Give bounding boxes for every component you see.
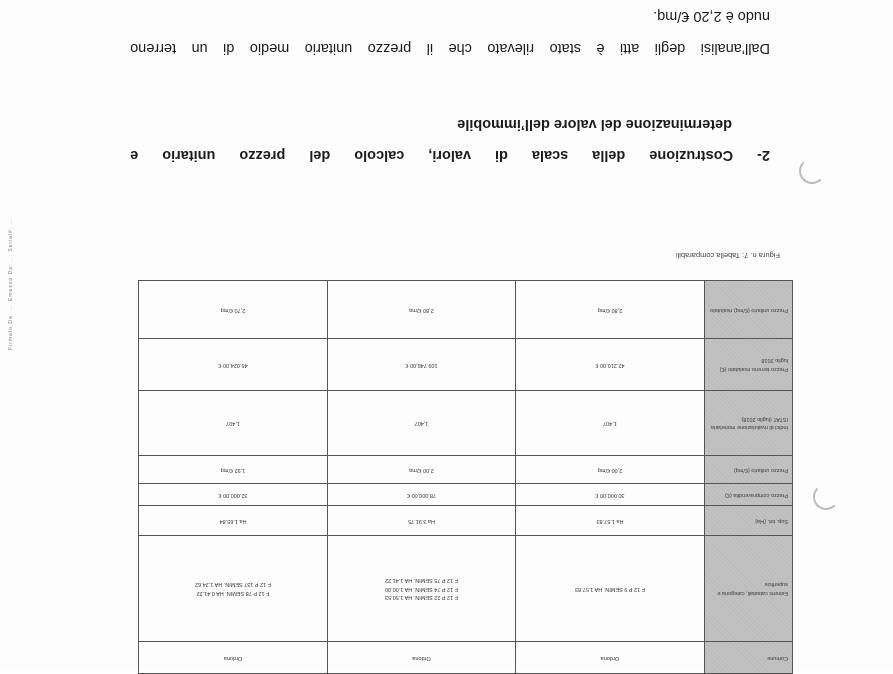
cell-line: 2,00 €/mq [332, 465, 511, 473]
table-row: Estremi catastali, categoria e superfici… [139, 536, 793, 642]
table-cell: Ordona [516, 642, 705, 671]
cell-line: 45.024,00 € [143, 360, 323, 368]
paragraph-word: degli [655, 32, 686, 64]
heading-word: del [309, 139, 330, 170]
table-row: ComuneOrdonaOrdonaOrdona [139, 642, 793, 671]
table-cell: 42.210,00 € [516, 339, 705, 391]
table-cell: 2,00 €/mq [328, 456, 516, 484]
digital-signature-stamp: Firmato Da: ... Emesso Da: ... Serial#: … [8, 0, 22, 350]
cell-line: 32.000,00 € [143, 490, 323, 498]
cell-line: F 12 P 22 SEMIN. HA 1.50.53 [332, 593, 511, 601]
table-row: Prezzo compravendita (€)30.000,00 €78.00… [139, 484, 793, 506]
scanned-document-page: Firmato Da: ... Emesso Da: ... Serial#: … [0, 0, 893, 670]
paragraph-word: prezzo [368, 32, 412, 64]
heading-word: valori, [428, 139, 471, 170]
table-cell: F 12 P 22 SEMIN. HA 1.50.53F 12 P 74 SEM… [328, 536, 516, 642]
table-cell: 1,407 [516, 391, 705, 456]
heading-word: e [130, 139, 138, 170]
paragraph-word: è [596, 32, 604, 64]
table-cell: 1,407 [139, 391, 328, 456]
cell-line: 109.746,00 € [332, 360, 511, 368]
cell-line: 1,407 [332, 419, 511, 427]
paragraph-word: terreno [130, 32, 176, 64]
table-cell: 2,80 €/mq [328, 281, 516, 339]
cell-line: Ha 1.65.84 [143, 516, 323, 524]
cell-line: F 12 P 9 SEMIN. HA 1.57.83 [520, 584, 700, 592]
cell-line: F 12 P 74 SEMIN. HA 1.00.00 [332, 584, 511, 592]
row-header: Comune [705, 642, 793, 671]
section-heading: 2-Costruzionedellascaladivalori,calcolod… [130, 108, 770, 170]
table-cell: 45.024,00 € [139, 339, 328, 391]
heading-word: 2- [757, 139, 770, 170]
row-header: Sup. tot. (Ha) [705, 506, 793, 536]
table-cell: 32.000,00 € [139, 484, 328, 506]
cell-line: 2,00 €/mq [520, 465, 700, 473]
row-header: Indici di rivalutazione monetaria ISTAT … [705, 391, 793, 456]
cell-line: 42.210,00 € [520, 360, 700, 368]
table-row: Sup. tot. (Ha)Ha 1.57.83Ha 3.91.75Ha 1.6… [139, 506, 793, 536]
table-cell: 30.000,00 € [516, 484, 705, 506]
section-heading-line-2: determinazione del valore dell’immobile [130, 108, 770, 139]
paragraph-word: che [449, 32, 472, 64]
cell-line: F 12 P 137 SEMIN. HA 1.24.62 [143, 580, 323, 588]
row-header: Prezzo terreno rivalutato (€) luglio 201… [705, 339, 793, 391]
heading-word: di [495, 139, 508, 170]
cell-line: Ordona [143, 653, 323, 661]
cell-line: 2,70 €/mq [143, 305, 323, 313]
figure-caption: Figura n. 7: Tabella comparabili [676, 251, 780, 260]
table-row: Indici di rivalutazione monetaria ISTAT … [139, 391, 793, 456]
cell-line: 30.000,00 € [520, 490, 700, 498]
paragraph-word: unitario [305, 32, 353, 64]
paragraph-word: stato [550, 32, 581, 64]
valuation-paragraph: Dall’analisidegliattièstatorilevatocheil… [130, 0, 770, 64]
table-cell: 2,00 €/mq [516, 456, 705, 484]
heading-word: Costruzione [649, 139, 733, 170]
cell-line: F 12 P 78 SEMIN. HA 0.41.22 [143, 589, 323, 597]
paragraph-word: atti [620, 32, 639, 64]
paragraph-word: Dall’analisi [701, 32, 770, 64]
table-cell: F 12 P 78 SEMIN. HA 0.41.22F 12 P 137 SE… [139, 536, 328, 642]
section-heading-line-1: 2-Costruzionedellascaladivalori,calcolod… [130, 139, 770, 170]
paragraph-word: il [427, 32, 433, 64]
cell-line: Ha 3.91.75 [332, 516, 511, 524]
cell-line: 2,80 €/mq [332, 305, 511, 313]
heading-word: unitario [162, 139, 215, 170]
cell-line: 1,92 €/mq [143, 465, 323, 473]
table-cell: Ordona [139, 642, 328, 671]
table-row: Prezzo terreno rivalutato (€) luglio 201… [139, 339, 793, 391]
heading-word: della [592, 139, 625, 170]
paragraph-line-2: nudo è 2,20 €/mq. [130, 0, 770, 32]
paragraph-word: medio [250, 32, 290, 64]
table-cell: 1,92 €/mq [139, 456, 328, 484]
row-header: Estremi catastali, categoria e superfici… [705, 536, 793, 642]
scan-artifact-mark [799, 158, 825, 184]
table-row: Prezzo unitario (€/mq) rivalutato2,80 €/… [139, 281, 793, 339]
paragraph-word: di [223, 32, 234, 64]
table-cell: 1,407 [328, 391, 516, 456]
table-cell: Ha 3.91.75 [328, 506, 516, 536]
comparables-table: ComuneOrdonaOrdonaOrdonaEstremi catastal… [138, 280, 793, 670]
row-header: Prezzo compravendita (€) [705, 484, 793, 506]
cell-line: Ha 1.57.83 [520, 516, 700, 524]
cell-line: 1,407 [143, 419, 323, 427]
paragraph-word: un [192, 32, 208, 64]
table-cell: Ha 1.65.84 [139, 506, 328, 536]
table-row: Prezzo unitario (€/mq)2,00 €/mq2,00 €/mq… [139, 456, 793, 484]
cell-line: F 12 P 75 SEMIN. HA 1.41.22 [332, 576, 511, 584]
cell-line: 2,80 €/mq [520, 305, 700, 313]
scan-artifact-mark [813, 484, 839, 510]
table-cell: 2,80 €/mq [516, 281, 705, 339]
cell-line: Ordona [332, 653, 511, 661]
cell-line: 1,407 [520, 419, 700, 427]
row-header: Prezzo unitario (€/mq) [705, 456, 793, 484]
cell-line: 78.000,00 € [332, 490, 511, 498]
heading-word: prezzo [239, 139, 285, 170]
table-cell: Ordona [328, 642, 516, 671]
table-cell: 109.746,00 € [328, 339, 516, 391]
paragraph-word: rilevato [487, 32, 534, 64]
table-cell: Ha 1.57.83 [516, 506, 705, 536]
row-header: Prezzo unitario (€/mq) rivalutato [705, 281, 793, 339]
paragraph-line-1: Dall’analisidegliattièstatorilevatocheil… [130, 32, 770, 64]
table-cell: 2,70 €/mq [139, 281, 328, 339]
table-cell: 78.000,00 € [328, 484, 516, 506]
table-cell: F 12 P 9 SEMIN. HA 1.57.83 [516, 536, 705, 642]
cell-line: Ordona [520, 653, 700, 661]
heading-word: scala [532, 139, 568, 170]
heading-word: calcolo [354, 139, 404, 170]
